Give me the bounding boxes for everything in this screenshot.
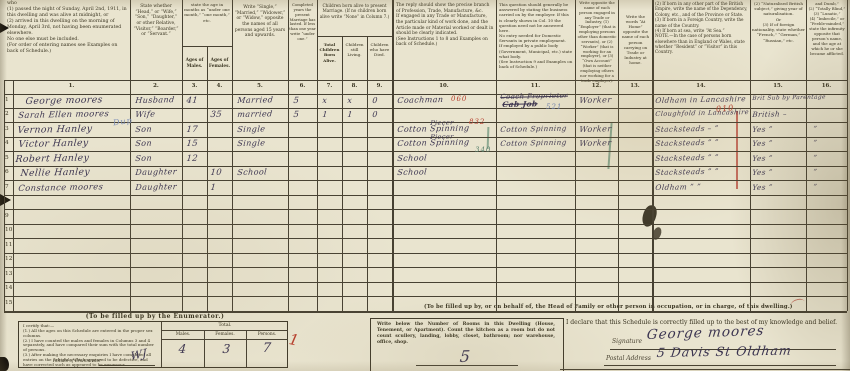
cell-name: Constance moores <box>18 181 104 193</box>
grid-row-line <box>4 253 847 254</box>
cell-nationality: Yes ” <box>752 124 773 133</box>
address-underline <box>604 365 836 366</box>
grid-vline <box>392 0 394 311</box>
cell-marital: Married <box>237 95 274 105</box>
cell-status: Worker <box>579 95 612 105</box>
grid-vline <box>618 0 619 311</box>
grid-hline-bottom <box>4 311 847 313</box>
header-occupation-column: The reply should show the precise branch… <box>396 3 494 48</box>
row-number: 1 <box>5 97 9 103</box>
header-marriage-column: Write “Single,” “Married,” “Widower,” or… <box>234 5 286 39</box>
grid-vline <box>317 0 318 311</box>
cell-occupation: School <box>397 153 427 163</box>
totals-persons-label: Persons. <box>246 332 288 338</box>
header-name-column: who (1) passed the night of Sunday, Apri… <box>7 1 127 55</box>
header-nationality-column: (2) “Naturalised British subject,” givin… <box>752 1 805 43</box>
cell-age_m: 17 <box>186 125 198 135</box>
cell-c_living: x <box>347 96 353 105</box>
grid-vline <box>130 0 131 311</box>
row-number: 8 <box>5 198 9 204</box>
cell-relation: Son <box>135 125 152 134</box>
rooms-box: Write below the Number of Rooms in this … <box>370 318 564 371</box>
row-number: 7 <box>5 184 9 190</box>
header-infirmity-column: and Dumb,” (2) “Totally Blind,” (3) “Lun… <box>808 1 846 56</box>
census-schedule-page: who (1) passed the night of Sunday, Apri… <box>0 0 850 371</box>
film-notch-top <box>0 23 9 33</box>
postal-address-label: Postal Address <box>606 355 651 363</box>
annotation-code-521: 521 <box>546 103 562 111</box>
column-number: 3. <box>192 83 198 89</box>
totals-label-rule <box>162 339 288 340</box>
grid-vline <box>750 0 751 311</box>
grid-row-line <box>4 238 847 239</box>
cell-birthplace: Oldham ” ” <box>655 182 701 192</box>
cell-marital: School <box>237 168 267 178</box>
header-age-males: Ages of Males. <box>183 58 206 69</box>
totals-males-label: Males. <box>162 332 204 338</box>
totals-females-label: Females. <box>204 332 246 338</box>
row-number: 11 <box>5 242 12 248</box>
column-number: 12. <box>592 83 601 89</box>
initials-underline <box>99 365 155 366</box>
signature-value: George moores <box>646 323 765 343</box>
column-number: 2. <box>153 83 159 89</box>
cell-occupation: Coachman <box>397 95 444 105</box>
cell-infirmity: ” <box>813 154 818 162</box>
grid-row-line <box>4 282 847 283</box>
rooms-value: 5 <box>459 347 471 366</box>
cell-c_died: 0 <box>372 110 378 119</box>
column-number: 8. <box>352 83 358 89</box>
cell-birthplace: Stacksteads – ” <box>655 124 719 134</box>
cell-c_born: 1 <box>322 110 328 119</box>
cell-industry: Cotton Spinning <box>500 124 567 134</box>
column-number: 10. <box>439 83 448 89</box>
cell-relation: Daughter <box>135 182 177 192</box>
cell-occupation-insert: Piecer <box>430 118 454 127</box>
cell-industry-struck: Cab Job <box>502 99 538 109</box>
header-age-top: state the age in months as “under one mo… <box>184 2 230 23</box>
grid-vline <box>575 0 576 311</box>
cell-relation: Son <box>135 139 152 148</box>
grid-vline <box>288 0 289 311</box>
film-notch-bottom <box>0 357 9 371</box>
cell-industry: Cotton Spinning <box>500 138 567 148</box>
totals-persons-value: 7 <box>262 341 272 356</box>
row-number: 13 <box>5 271 12 277</box>
cell-marital: Single <box>237 139 266 149</box>
cell-nationality: Yes ” <box>752 182 773 191</box>
cell-status: Worker <box>579 124 612 134</box>
enumerator-box: I certify that:— (1.) All the ages on th… <box>18 321 288 368</box>
rooms-instruction: Write below the Number of Rooms in this … <box>377 322 555 346</box>
grid-vline <box>652 0 654 311</box>
column-number: 6. <box>300 83 306 89</box>
row-number: 14 <box>5 285 12 291</box>
row-number: 9 <box>5 213 9 219</box>
header-employment-status-column: Write opposite the name of each person e… <box>577 1 617 84</box>
totals-females-value: 3 <box>222 342 231 356</box>
header-children-top: Children born alive to present Marriage.… <box>318 3 391 19</box>
column-number: 15. <box>773 83 782 89</box>
cell-years: 5 <box>293 96 300 106</box>
annotation-stamp-010: 010 <box>716 103 735 114</box>
grid-row-line <box>4 151 847 152</box>
row-number: 5 <box>5 155 9 161</box>
cell-infirmity: ” <box>813 183 818 191</box>
row-number: 10 <box>5 227 12 233</box>
column-number: 9. <box>377 83 383 89</box>
cell-name: Sarah Ellen moores <box>18 109 110 121</box>
cell-c_died: 0 <box>372 96 378 105</box>
grid-vline <box>232 0 233 311</box>
grid-row-line <box>4 296 847 297</box>
cell-birthplace: Stacksteads ” ” <box>655 153 719 163</box>
cell-age_f: 10 <box>210 168 222 178</box>
column-number: 16. <box>822 83 831 89</box>
signature-label: Signature <box>612 338 642 346</box>
cell-birthplace: Stacksteads ” ” <box>655 138 719 148</box>
grid-row-line <box>4 209 847 210</box>
cell-infirmity: ” <box>813 139 818 147</box>
annotation-code-340: 340 <box>475 146 491 154</box>
annotation-code-060: 060 <box>451 95 467 103</box>
header-age-females: Ages of Females. <box>208 58 231 69</box>
cell-relation: Daughter <box>135 167 177 177</box>
header-children-died: Children who have Died. <box>368 42 391 58</box>
head-of-family-heading: (To be filled up by, or on behalf of, th… <box>424 304 850 311</box>
cell-infirmity: ” <box>813 168 818 176</box>
grid-row-line <box>4 180 847 181</box>
enumerator-initials-label: Initials of Enumerator <box>53 359 101 365</box>
cell-nationality: British – <box>752 110 787 120</box>
cell-infirmity: ” <box>813 125 818 133</box>
ink-blot <box>641 204 659 228</box>
row-number: 12 <box>5 256 12 262</box>
row-number: 6 <box>5 169 9 175</box>
header-at-home-column: Write the words “At Home” opposite the n… <box>620 14 651 65</box>
cell-status: Worker <box>579 139 612 149</box>
cell-nationality: Yes ” <box>752 139 773 148</box>
cell-name: Nellie Hanley <box>20 167 91 179</box>
row-number: 4 <box>5 140 9 146</box>
column-number: 1. <box>69 83 75 89</box>
cell-c_living: 1 <box>347 110 353 119</box>
cell-name: George moores <box>25 94 103 107</box>
grid-row-line <box>4 195 847 196</box>
cell-occupation: School <box>397 168 427 178</box>
cell-relation: Wife <box>135 110 156 119</box>
row-number: 3 <box>5 126 9 132</box>
postal-address-value: 5 Davis St Oldham <box>656 343 793 360</box>
totals-males-value: 4 <box>178 342 187 356</box>
cell-nationality: Yes ” <box>752 168 773 177</box>
cell-age_m: 12 <box>186 154 198 164</box>
cell-relation: Son <box>135 154 152 163</box>
cell-age_f: 1 <box>210 183 217 193</box>
grid-row-line <box>4 267 847 268</box>
header-children-born: Total Children Born Alive. <box>318 42 341 63</box>
totals-area: Total. Males. Females. Persons. 4 3 7 <box>161 322 288 367</box>
grid-vline <box>342 36 343 311</box>
row-number: 2 <box>5 111 9 117</box>
header-children-living: Children still Living. <box>343 42 366 58</box>
cell-name: Vernon Hanley <box>17 123 93 136</box>
column-number: 5. <box>257 83 263 89</box>
column-number: 13. <box>630 83 639 89</box>
cell-age_m: 41 <box>186 96 198 106</box>
grid-vline <box>496 0 497 311</box>
cell-c_born: x <box>322 96 328 105</box>
annotation-code-832: 832 <box>469 118 485 126</box>
cell-years: 5 <box>293 110 300 120</box>
enumerator-heading: (To be filled up by the Enumerator.) <box>30 313 280 321</box>
header-relationship-column: State whether “Head,” or “Wife,” “Son,” … <box>132 4 180 38</box>
column-number: 11. <box>531 83 540 89</box>
grid-vline <box>207 46 208 311</box>
cell-birthplace: Stacksteads ” ” <box>655 167 719 177</box>
grid-hline <box>4 80 847 81</box>
column-number: 7. <box>327 83 333 89</box>
header-birthplace-column: (2) If born in any other part of the Bri… <box>655 1 748 55</box>
cell-age_f: 35 <box>210 110 222 120</box>
cell-relation: Husband <box>135 95 175 105</box>
schedule-bottom-rule <box>560 369 850 370</box>
grid-hline <box>317 36 392 37</box>
totals-title-rule <box>162 330 288 331</box>
grid-vline <box>367 36 368 311</box>
cell-nationality: Yes ” <box>752 153 773 162</box>
cell-nationality: Brit Sub by Parentage <box>752 94 826 102</box>
column-number: 14. <box>696 83 705 89</box>
grid-vline <box>806 0 807 311</box>
totals-title: Total. <box>162 323 288 329</box>
cell-marital: Single <box>237 124 266 134</box>
header-years-married-column: Completed years the present Marriage has… <box>289 3 316 42</box>
cell-age_m: 15 <box>186 139 198 149</box>
rooms-underline <box>416 365 518 366</box>
cell-name: Victor Hanley <box>18 138 89 150</box>
column-number: 4. <box>217 83 223 89</box>
grid-vline <box>847 0 848 311</box>
annotation-tally-1: 1 <box>287 330 301 350</box>
cell-marital: married <box>237 110 273 120</box>
header-industry-column: This question should generally be answer… <box>499 2 573 69</box>
grid-hline <box>182 46 232 47</box>
cell-occupation-insert: Piecer <box>430 133 454 142</box>
row-number: 15 <box>5 300 12 306</box>
grid-row-line <box>4 224 847 225</box>
cell-name: Robert Hanley <box>15 152 90 165</box>
